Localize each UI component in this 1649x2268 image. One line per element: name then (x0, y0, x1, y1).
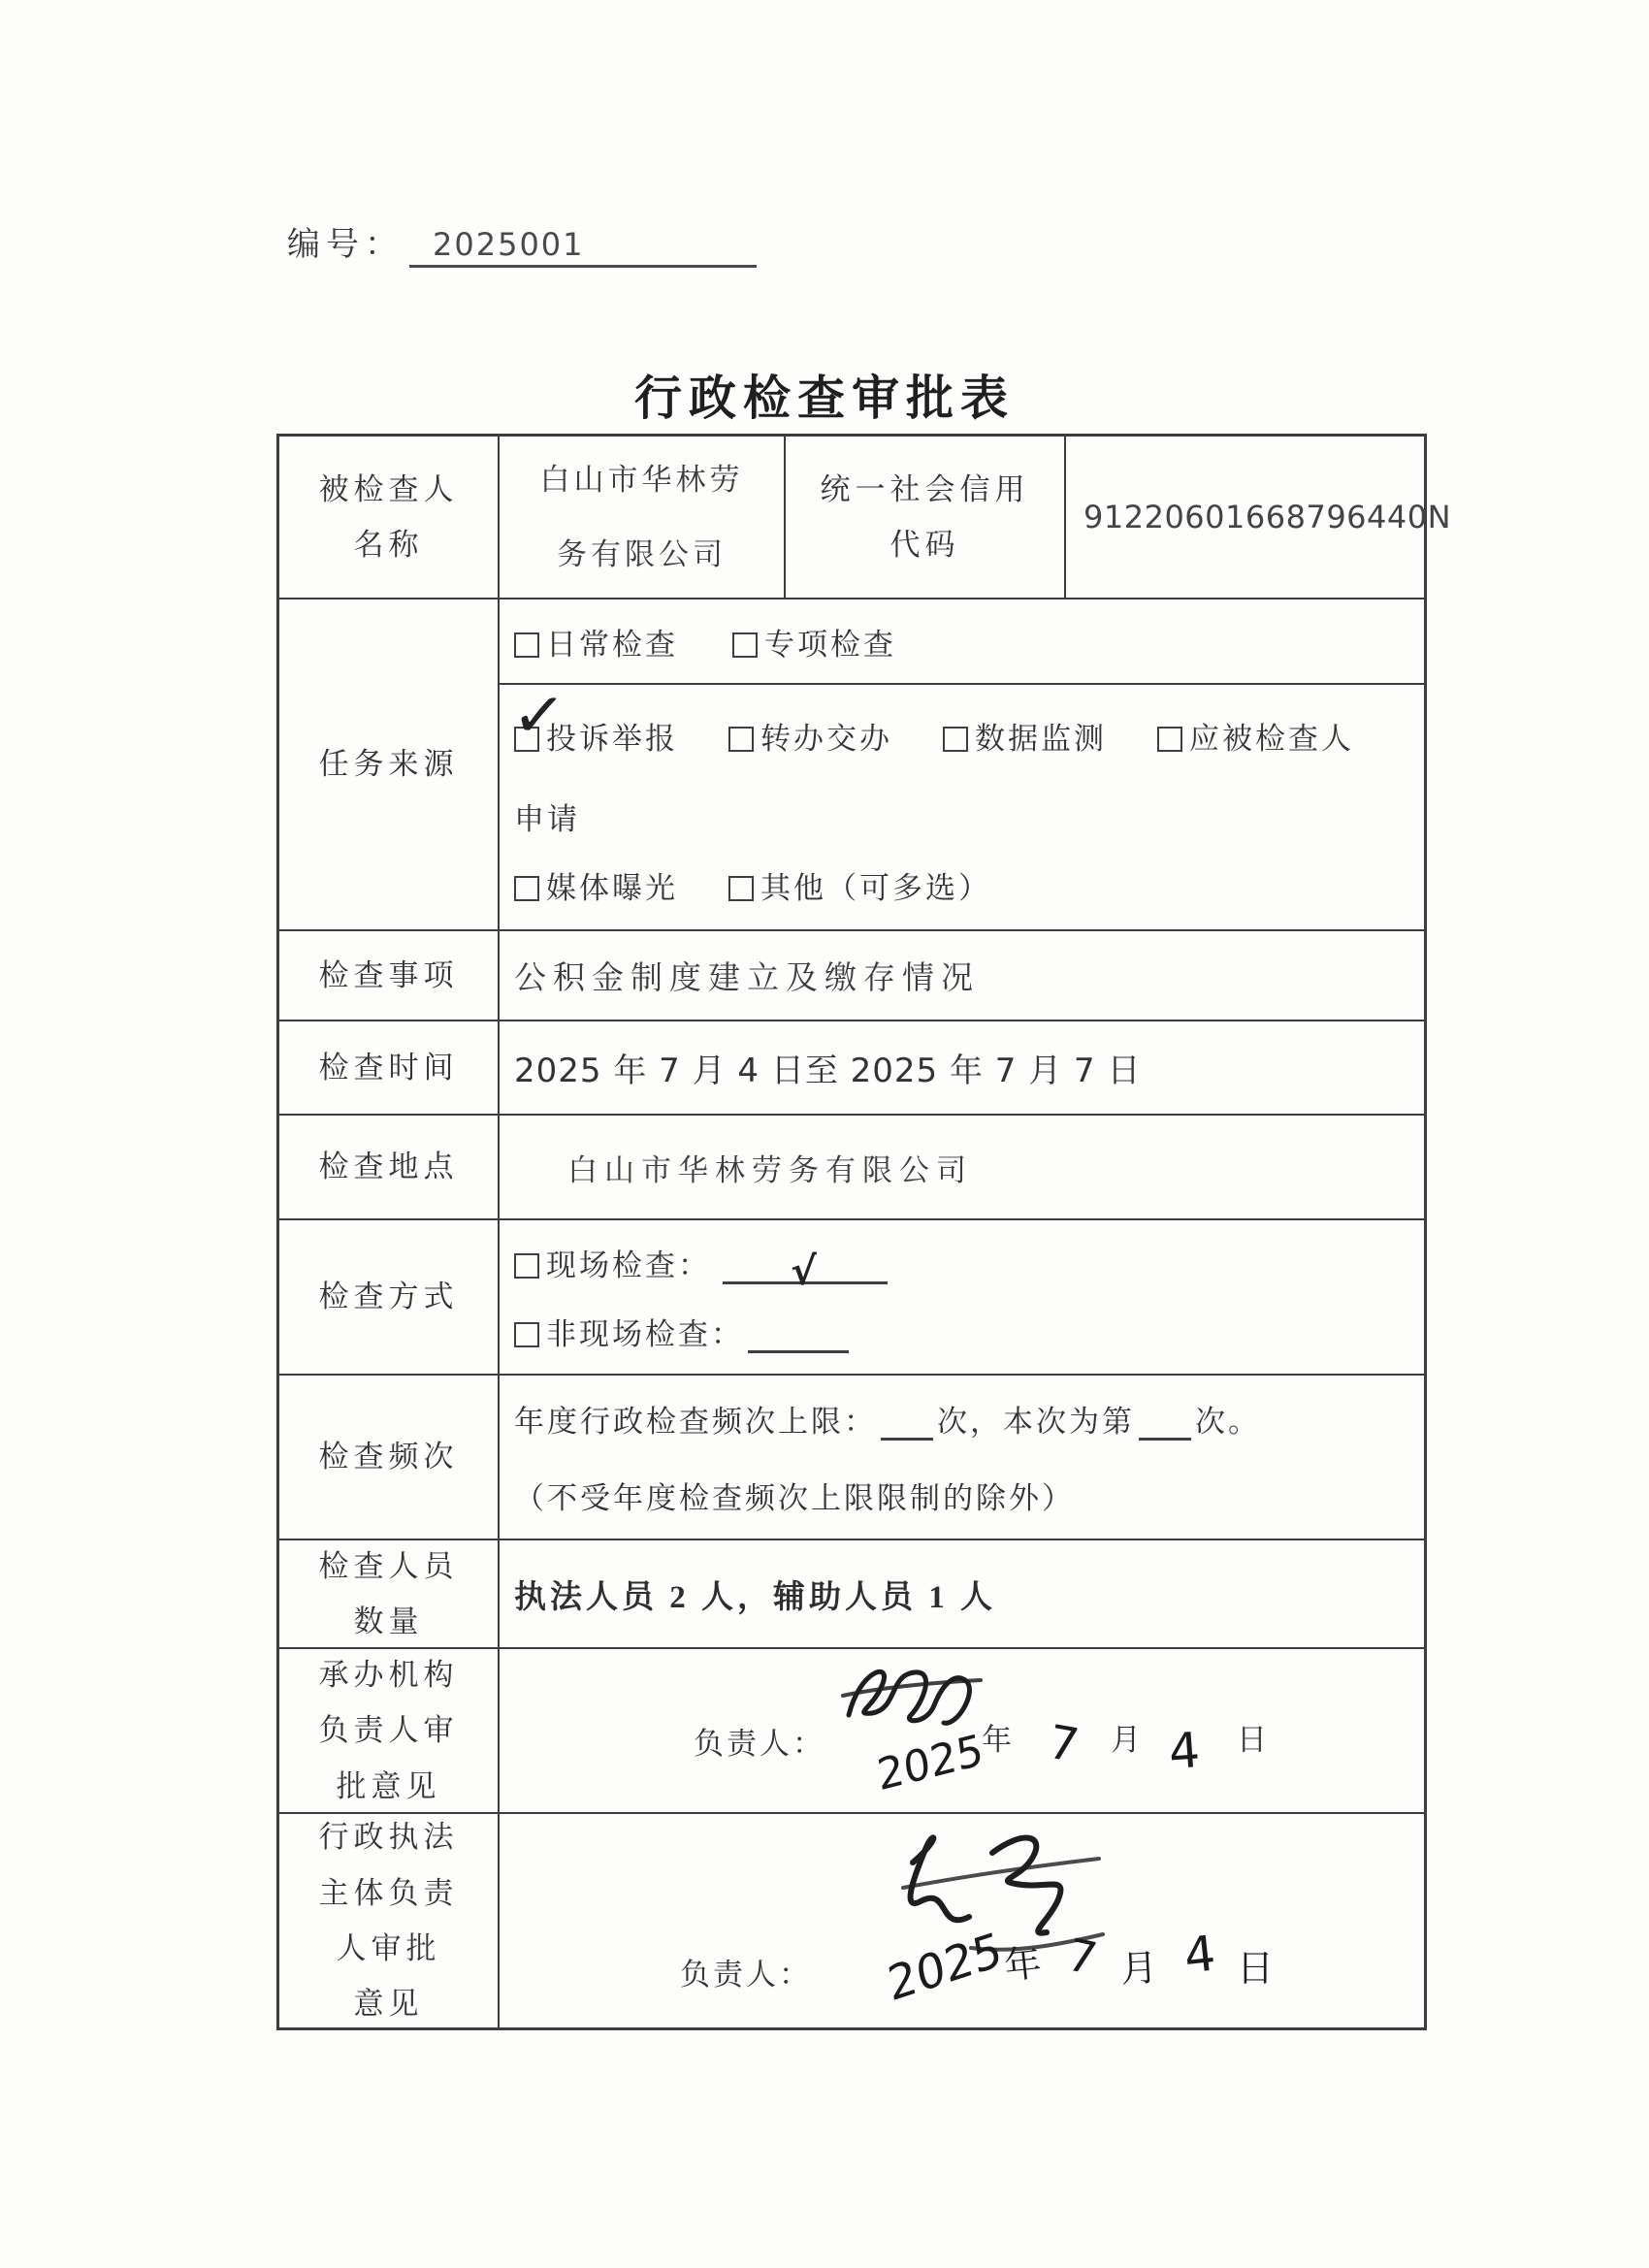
checkbox-transfer-assignment[interactable] (728, 727, 754, 752)
inspection-items-value: 公积金制度建立及缴存情况 (498, 931, 1424, 1020)
option-applicant-label: 应被检查人 (1189, 722, 1354, 756)
approval-form-table: 被检查人 名称 白山市华林劳 务有限公司 统一社会信用 代码 912206016… (276, 434, 1427, 2030)
option-transfer-assignment: 转办交办 (728, 714, 892, 758)
subject-handwritten-year-unit: 年 (1001, 1932, 1044, 1990)
task-source-label: 任务来源 (279, 599, 498, 929)
checkbox-special-inspection[interactable] (732, 632, 758, 658)
frequency-exception-note: （不受年度检查频次上限限制的除外） (514, 1474, 1424, 1517)
task-source-subrow-bottom: ✓投诉举报 转办交办 数据监测 应被检查人 申请 媒体曝光 其他（可多选） (500, 685, 1424, 929)
inspection-frequency-label: 检查频次 (279, 1376, 498, 1539)
row-personnel-count: 检查人员 数量 执法人员 2 人，辅助人员 1 人 (279, 1539, 1424, 1647)
row-task-source: 任务来源 日常检查 专项检查 ✓投诉举报 转办交办 数据监测 应被检查人 申请 … (279, 598, 1424, 929)
checkbox-offsite-inspection[interactable] (514, 1322, 539, 1347)
form-title: 行政检查审批表 (0, 361, 1649, 429)
agency-month-unit: 月 (1111, 1715, 1141, 1759)
credit-code-value: 91220601668796440N (1064, 437, 1451, 598)
inspection-time-label: 检查时间 (279, 1021, 498, 1114)
row-inspection-location: 检查地点 白山市华林劳务有限公司 (279, 1114, 1424, 1218)
checkbox-daily-inspection[interactable] (514, 632, 539, 658)
row-inspection-items: 检查事项 公积金制度建立及缴存情况 (279, 929, 1424, 1020)
checkbox-complaint-report[interactable]: ✓ (514, 727, 539, 752)
agency-approval-content: 负责人： 2025 年 7 月 4 日 (498, 1649, 1424, 1812)
offsite-inspection-label: 非现场检查： (546, 1317, 744, 1351)
doc-number: 编号：2025001 (287, 217, 757, 268)
inspection-location-value: 白山市华林劳务有限公司 (498, 1116, 1424, 1218)
task-source-line-1: ✓投诉举报 转办交办 数据监测 应被检查人 (514, 714, 1410, 758)
agency-day-unit: 日 (1237, 1715, 1267, 1759)
onsite-fill-blank[interactable]: √ (723, 1246, 888, 1284)
offsite-inspection-line: 非现场检查： (514, 1310, 1424, 1353)
option-special-label: 专项检查 (764, 628, 896, 662)
doc-number-value: 2025001 (409, 226, 757, 268)
agency-handwritten-month: 7 (1044, 1715, 1083, 1773)
row-agency-approval: 承办机构 负责人审 批意见 负责人： 2025 年 7 月 4 日 (279, 1647, 1424, 1812)
task-source-content: 日常检查 专项检查 ✓投诉举报 转办交办 数据监测 应被检查人 申请 媒体曝光 … (498, 599, 1424, 929)
frequency-text-3: 次。 (1195, 1405, 1261, 1439)
inspection-method-label: 检查方式 (279, 1220, 498, 1374)
agency-signer-label: 负责人： (694, 1719, 825, 1763)
onsite-check-mark: √ (791, 1249, 820, 1294)
frequency-text-2: 次，本次为第 (937, 1405, 1135, 1439)
row-subject-approval: 行政执法 主体负责 人审批 意见 负责人： 2025 年 7 月 4 日 (279, 1812, 1424, 2027)
option-complaint-report: ✓投诉举报 (514, 714, 678, 758)
option-other: 其他（可多选） (728, 863, 991, 907)
option-daily-inspection: 日常检查 (514, 620, 678, 664)
personnel-count-value: 执法人员 2 人，辅助人员 1 人 (498, 1540, 1424, 1647)
checkbox-media-exposure[interactable] (514, 876, 539, 901)
frequency-limit-line: 年度行政检查频次上限：次，本次为第次。 (514, 1397, 1424, 1441)
frequency-limit-blank[interactable] (881, 1408, 933, 1441)
checkmark-icon: ✓ (510, 682, 571, 750)
option-special-inspection: 专项检查 (732, 620, 896, 664)
scanned-form-page: 编号：2025001 行政检查审批表 被检查人 名称 白山市华林劳 务有限公司 … (0, 0, 1649, 2268)
option-applicant-request: 应被检查人 (1157, 714, 1354, 758)
option-other-label: 其他（可多选） (760, 871, 991, 905)
checkbox-data-monitoring[interactable] (943, 727, 968, 752)
inspection-items-label: 检查事项 (279, 931, 498, 1020)
option-transfer-label: 转办交办 (760, 722, 892, 756)
doc-number-label: 编号： (287, 227, 404, 263)
onsite-inspection-label: 现场检查： (546, 1248, 711, 1282)
row-inspection-method: 检查方式 现场检查：√ 非现场检查： (279, 1218, 1424, 1374)
option-media-exposure: 媒体曝光 (514, 863, 678, 907)
task-source-subrow-top: 日常检查 专项检查 (500, 599, 1424, 685)
task-source-line-3: 媒体曝光 其他（可多选） (514, 863, 1410, 907)
subject-approval-content: 负责人： 2025 年 7 月 4 日 (498, 1814, 1424, 2027)
offsite-fill-blank[interactable] (748, 1314, 849, 1353)
subject-handwritten-day: 4 (1181, 1925, 1218, 1984)
row-inspection-frequency: 检查频次 年度行政检查频次上限：次，本次为第次。 （不受年度检查频次上限限制的除… (279, 1374, 1424, 1539)
onsite-inspection-line: 现场检查：√ (514, 1241, 1424, 1284)
option-media-label: 媒体曝光 (546, 871, 678, 905)
inspected-party-label: 被检查人 名称 (279, 437, 498, 598)
frequency-text-1: 年度行政检查频次上限： (514, 1405, 877, 1439)
checkbox-onsite-inspection[interactable] (514, 1253, 539, 1279)
row-inspected-party: 被检查人 名称 白山市华林劳 务有限公司 统一社会信用 代码 912206016… (279, 437, 1424, 598)
personnel-count-label: 检查人员 数量 (279, 1540, 498, 1647)
credit-code-label: 统一社会信用 代码 (784, 437, 1064, 598)
row-inspection-time: 检查时间 2025 年 7 月 4 日至 2025 年 7 月 7 日 (279, 1020, 1424, 1114)
subject-handwritten-month-unit: 月 (1119, 1937, 1159, 1993)
inspection-time-value: 2025 年 7 月 4 日至 2025 年 7 月 7 日 (498, 1021, 1424, 1114)
checkbox-other[interactable] (728, 876, 754, 901)
subject-handwritten-day-unit: 日 (1237, 1938, 1274, 1992)
option-daily-label: 日常检查 (546, 628, 678, 662)
agency-year-unit: 年 (982, 1715, 1012, 1759)
subject-approval-label: 行政执法 主体负责 人审批 意见 (279, 1814, 498, 2027)
checkbox-applicant-request[interactable] (1157, 727, 1182, 752)
frequency-current-blank[interactable] (1139, 1408, 1191, 1441)
agency-handwritten-day: 4 (1167, 1722, 1202, 1780)
subject-signer-label: 负责人： (680, 1950, 812, 1993)
inspected-party-name: 白山市华林劳 务有限公司 (498, 437, 784, 598)
inspection-location-label: 检查地点 (279, 1116, 498, 1218)
agency-approval-label: 承办机构 负责人审 批意见 (279, 1649, 498, 1812)
option-data-label: 数据监测 (975, 722, 1107, 756)
option-applicant-request-continued: 申请 (514, 794, 1410, 838)
inspection-method-content: 现场检查：√ 非现场检查： (498, 1220, 1424, 1374)
inspection-frequency-content: 年度行政检查频次上限：次，本次为第次。 （不受年度检查频次上限限制的除外） (498, 1376, 1424, 1539)
option-data-monitoring: 数据监测 (943, 714, 1107, 758)
